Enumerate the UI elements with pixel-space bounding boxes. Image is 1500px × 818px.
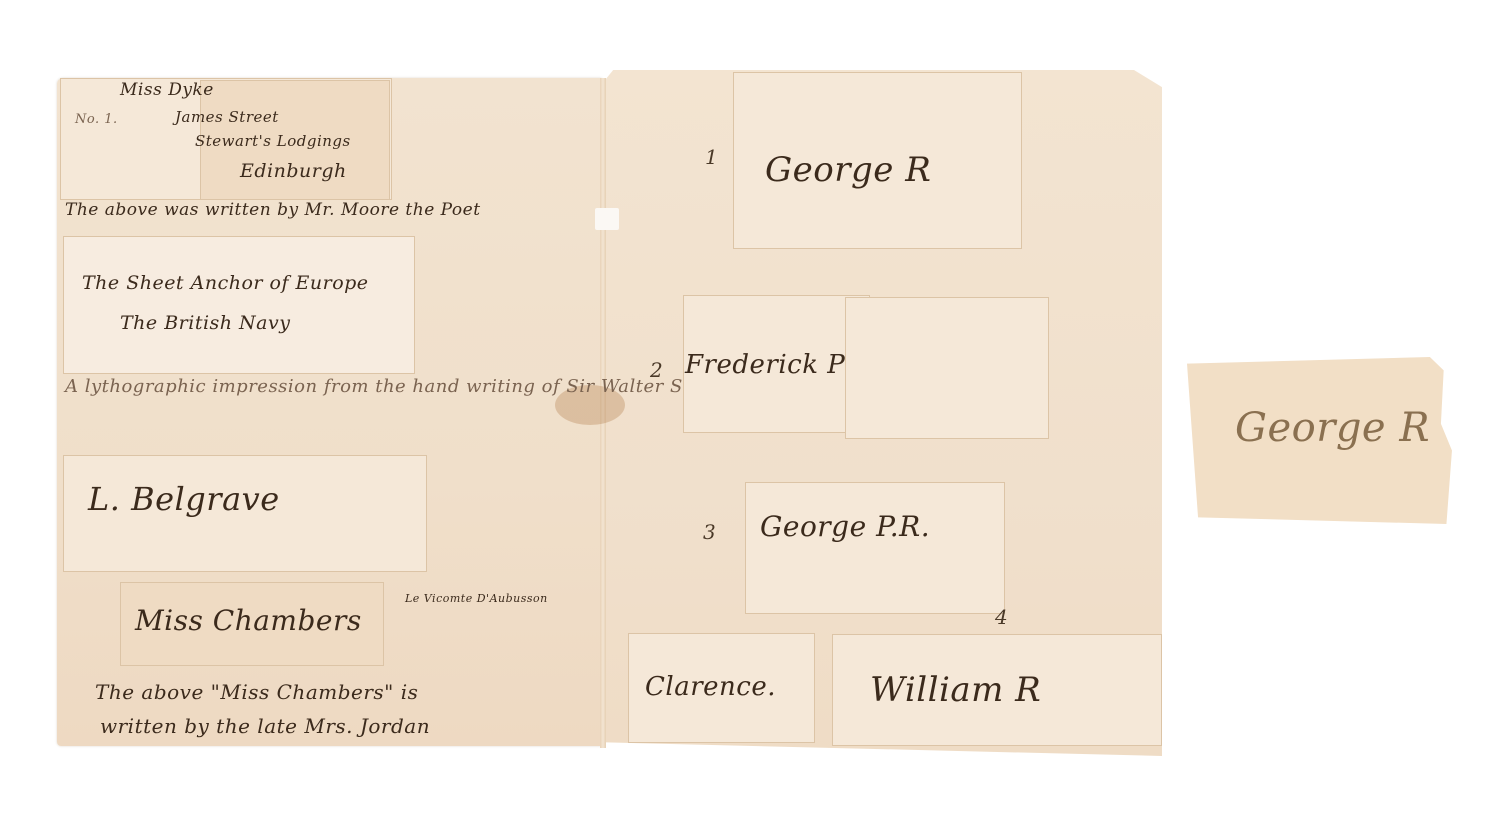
caption: The above was written by Mr. Moore the P…: [65, 200, 481, 220]
navy-toast-clipping: [63, 236, 415, 374]
frederick-clipping-right: [845, 297, 1049, 439]
item-number: 1: [705, 145, 718, 169]
item-number: 2: [650, 358, 663, 382]
signature: Miss Chambers: [135, 604, 362, 637]
address-line: Miss Dyke: [120, 80, 214, 100]
signature: Clarence.: [645, 672, 776, 702]
signature: George R: [765, 150, 931, 190]
signature: George R: [1235, 405, 1430, 451]
signature: George P.R.: [760, 510, 930, 543]
signature: William R: [870, 670, 1041, 710]
signature: L. Belgrave: [88, 480, 280, 518]
address-line: Edinburgh: [240, 160, 347, 182]
caption: A lythographic impression from the hand …: [65, 376, 720, 397]
caption: written by the late Mrs. Jordan: [100, 714, 430, 738]
address-line: James Street: [175, 108, 279, 126]
caption: The above "Miss Chambers" is: [95, 680, 418, 704]
george-pr-clipping: [745, 482, 1005, 614]
paper-tab: [595, 208, 619, 230]
clipping-text: The British Navy: [120, 312, 290, 334]
address-line: Stewart's Lodgings: [195, 132, 351, 150]
item-number: 4: [995, 605, 1008, 629]
signature: Le Vicomte D'Aubusson: [405, 592, 548, 605]
clipping-text: The Sheet Anchor of Europe: [82, 272, 369, 294]
address-line: No. 1.: [75, 112, 118, 127]
signature: Frederick P: [685, 350, 845, 380]
item-number: 3: [703, 520, 716, 544]
